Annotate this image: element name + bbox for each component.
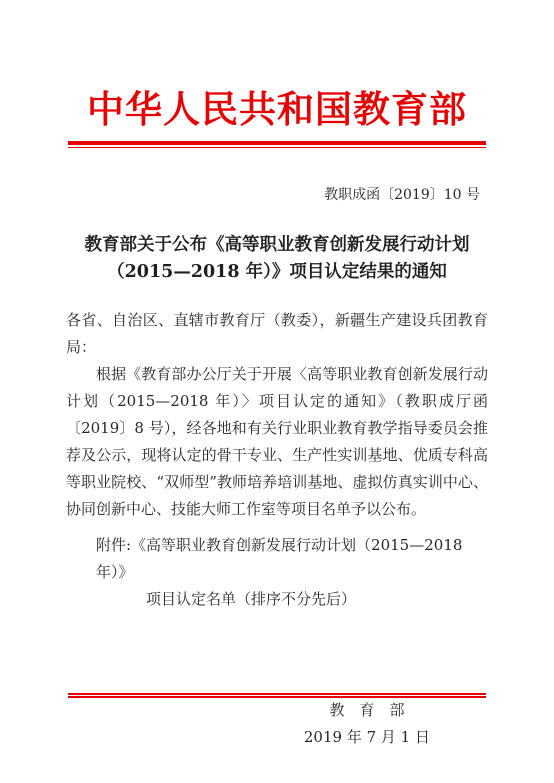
document-title: 教育部关于公布《高等职业教育创新发展行动计划 （2015—2018 年）》项目认… [66, 232, 488, 286]
footer-divider-rule [68, 693, 486, 698]
signature-block: 教 育 部 2019 年 7 月 1 日 [304, 697, 430, 751]
masthead-divider-thin-line [68, 147, 486, 148]
issuer-name: 教 育 部 [304, 697, 430, 724]
attachment-note: 附件:《高等职业教育创新发展行动计划（2015—2018 年）》 项目认定名单（… [66, 532, 488, 613]
document-content: 教职成函〔2019〕10 号 教育部关于公布《高等职业教育创新发展行动计划 （2… [66, 186, 488, 613]
main-paragraph: 根据《教育部办公厅关于开展〈高等职业教育创新发展行动计划（2015—2018 年… [66, 361, 488, 523]
masthead-divider-thick-line [68, 141, 486, 145]
masthead-divider-rule [68, 141, 486, 148]
document-title-line-2: （2015—2018 年）》项目认定结果的通知 [66, 259, 488, 286]
document-body: 各省、自治区、直辖市教育厅（教委），新疆生产建设兵团教育局： 根据《教育部办公厅… [66, 307, 488, 523]
issuing-agency-masthead: 中华人民共和国教育部 [0, 86, 554, 132]
attachment-note-line-1: 附件:《高等职业教育创新发展行动计划（2015—2018 年）》 [66, 532, 488, 586]
issue-date: 2019 年 7 月 1 日 [304, 724, 430, 751]
attachment-note-line-2: 项目认定名单（排序不分先后） [66, 586, 488, 613]
salutation-line: 各省、自治区、直辖市教育厅（教委），新疆生产建设兵团教育局： [66, 307, 488, 361]
document-reference-number: 教职成函〔2019〕10 号 [66, 186, 488, 204]
official-document-page: 中华人民共和国教育部 教职成函〔2019〕10 号 教育部关于公布《高等职业教育… [0, 0, 554, 783]
document-title-line-1: 教育部关于公布《高等职业教育创新发展行动计划 [66, 232, 488, 259]
